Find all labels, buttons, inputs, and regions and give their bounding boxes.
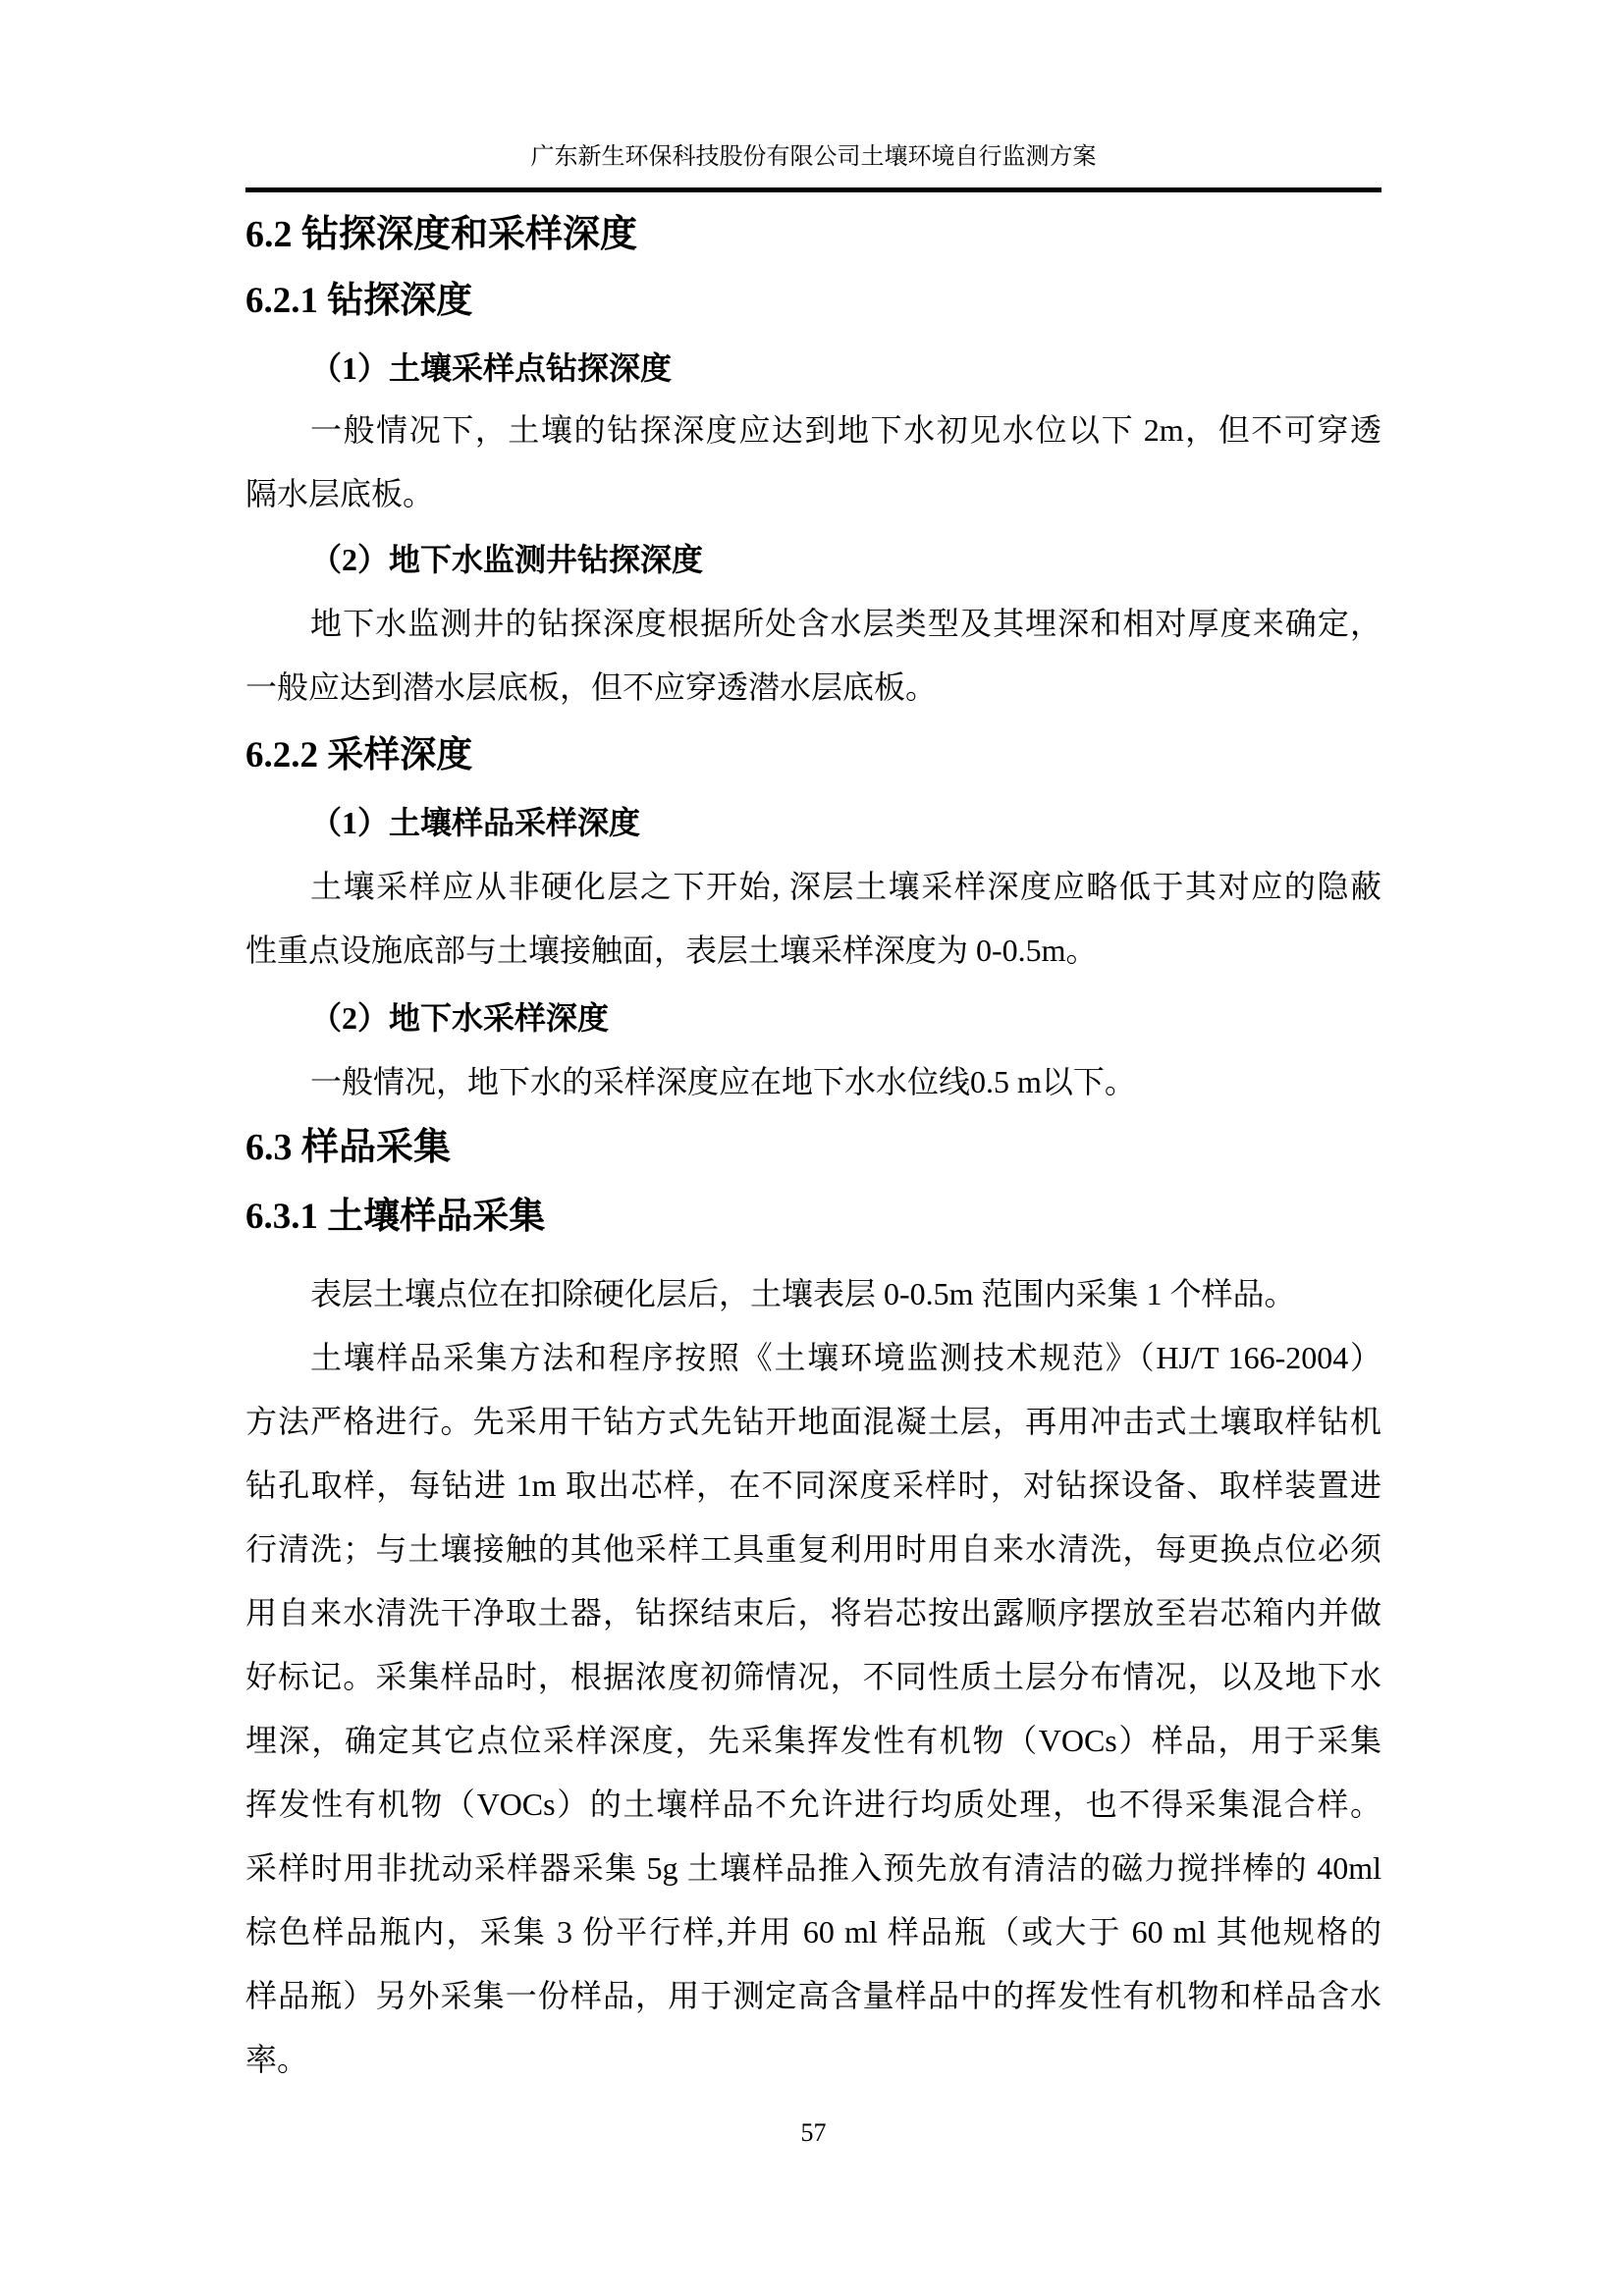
- document-page: 广东新生环保科技股份有限公司土壤环境自行监测方案 6.2 钻探深度和采样深度 6…: [0, 0, 1624, 2296]
- paragraph: 土壤样品采集方法和程序按照《土壤环境监测技术规范》（HJ/T 166-2004）…: [245, 1326, 1381, 2092]
- paragraph-line: 埋深，确定其它点位采样深度，先采集挥发性有机物（VOCs）样品，用于采集: [245, 1709, 1381, 1773]
- paragraph-line: 性重点设施底部与土壤接触面，表层土壤采样深度为 0-0.5m。: [245, 919, 1381, 983]
- paragraph-line: 地下水监测井的钻探深度根据所处含水层类型及其埋深和相对厚度来确定，: [245, 592, 1381, 656]
- paragraph-line: 一般情况，地下水的采样深度应在地下水水位线0.5 m以下。: [245, 1050, 1381, 1114]
- paragraph-line: 用自来水清洗干净取土器，钻探结束后，将岩芯按出露顺序摆放至岩芯箱内并做: [245, 1581, 1381, 1645]
- paragraph-line: 棕色样品瓶内，采集 3 份平行样,并用 60 ml 样品瓶（或大于 60 ml …: [245, 1900, 1381, 1964]
- header-title: 广东新生环保科技股份有限公司土壤环境自行监测方案: [245, 143, 1381, 171]
- heading-6-2: 6.2 钻探深度和采样深度: [245, 211, 1381, 258]
- paragraph-line: 挥发性有机物（VOCs）的土壤样品不允许进行均质处理，也不得采集混合样。: [245, 1773, 1381, 1837]
- paragraph-line: 样品瓶）另外采集一份样品，用于测定高含量样品中的挥发性有机物和样品含水: [245, 1964, 1381, 2028]
- paragraph-line: 表层土壤点位在扣除硬化层后，土壤表层 0-0.5m 范围内采集 1 个样品。: [245, 1262, 1381, 1326]
- subheading-soil-sample-depth: （1）土壤样品采样深度: [245, 803, 1381, 842]
- paragraph-line: 土壤样品采集方法和程序按照《土壤环境监测技术规范》（HJ/T 166-2004）: [245, 1326, 1381, 1390]
- paragraph-line: 好标记。采集样品时，根据浓度初筛情况，不同性质土层分布情况，以及地下水: [245, 1645, 1381, 1709]
- paragraph: 表层土壤点位在扣除硬化层后，土壤表层 0-0.5m 范围内采集 1 个样品。: [245, 1262, 1381, 1326]
- page-header: 广东新生环保科技股份有限公司土壤环境自行监测方案: [245, 0, 1381, 171]
- heading-6-3: 6.3 样品采集: [245, 1124, 1381, 1171]
- heading-6-2-1: 6.2.1 钻探深度: [245, 280, 1381, 323]
- page-number: 57: [245, 2117, 1381, 2149]
- paragraph-line: 方法严格进行。先采用干钻方式先钻开地面混凝土层，再用冲击式土壤取样钻机: [245, 1390, 1381, 1454]
- paragraph-line: 率。: [245, 2028, 1381, 2092]
- paragraph-line: 行清洗；与土壤接触的其他采样工具重复利用时用自来水清洗，每更换点位必须: [245, 1518, 1381, 1581]
- paragraph: 一般情况，地下水的采样深度应在地下水水位线0.5 m以下。: [245, 1050, 1381, 1114]
- subheading-groundwater-well-drilling-depth: （2）地下水监测井钻探深度: [245, 540, 1381, 579]
- paragraph-line: 一般情况下，土壤的钻探深度应达到地下水初见水位以下 2m，但不可穿透: [245, 399, 1381, 462]
- heading-6-3-1: 6.3.1 土壤样品采集: [245, 1196, 1381, 1239]
- paragraph: 土壤采样应从非硬化层之下开始, 深层土壤采样深度应略低于其对应的隐蔽 性重点设施…: [245, 855, 1381, 983]
- paragraph: 一般情况下，土壤的钻探深度应达到地下水初见水位以下 2m，但不可穿透 隔水层底板…: [245, 399, 1381, 526]
- paragraph-line: 土壤采样应从非硬化层之下开始, 深层土壤采样深度应略低于其对应的隐蔽: [245, 855, 1381, 919]
- heading-6-2-2: 6.2.2 采样深度: [245, 734, 1381, 777]
- subheading-soil-point-drilling-depth: （1）土壤采样点钻探深度: [245, 348, 1381, 388]
- paragraph-line: 钻孔取样，每钻进 1m 取出芯样，在不同深度采样时，对钻探设备、取样装置进: [245, 1454, 1381, 1518]
- paragraph-line: 一般应达到潜水层底板，但不应穿透潜水层底板。: [245, 656, 1381, 720]
- header-rule: [245, 187, 1381, 192]
- paragraph-line: 采样时用非扰动采样器采集 5g 土壤样品推入预先放有清洁的磁力搅拌棒的 40ml: [245, 1837, 1381, 1900]
- paragraph: 地下水监测井的钻探深度根据所处含水层类型及其埋深和相对厚度来确定， 一般应达到潜…: [245, 592, 1381, 720]
- paragraph-line: 隔水层底板。: [245, 462, 1381, 526]
- subheading-groundwater-sample-depth: （2）地下水采样深度: [245, 998, 1381, 1038]
